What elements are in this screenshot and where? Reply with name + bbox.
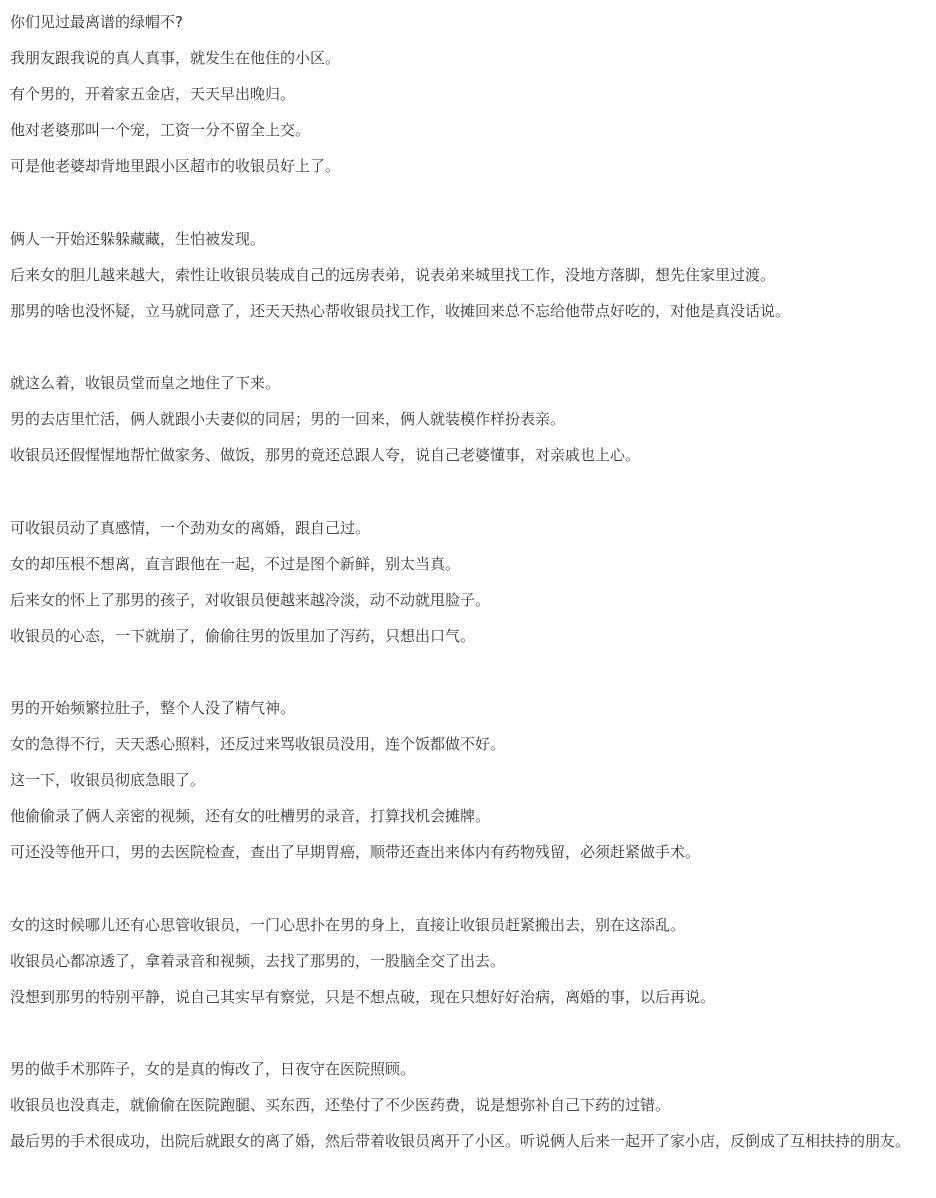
text-line: 收银员的心态，一下就崩了，偷偷往男的饭里加了泻药，只想出口气。 [10,618,926,654]
text-line: 男的开始频繁拉肚子，整个人没了精气神。 [10,690,926,726]
text-line: 后来女的怀上了那男的孩子，对收银员便越来越冷淡，动不动就甩脸子。 [10,582,926,618]
text-line: 男的做手术那阵子，女的是真的悔改了，日夜守在医院照顾。 [10,1051,926,1087]
text-line: 可收银员动了真感情，一个劲劝女的离婚，跟自己过。 [10,510,926,546]
text-line: 可还没等他开口，男的去医院检查，查出了早期胃癌，顺带还查出来体内有药物残留，必须… [10,834,926,870]
paragraph-spacer [10,329,926,366]
text-line: 他偷偷录了俩人亲密的视频，还有女的吐槽男的录音，打算找机会摊牌。 [10,798,926,834]
text-line: 有个男的，开着家五金店，天天早出晚归。 [10,76,926,112]
text-line: 收银员心都凉透了，拿着录音和视频，去找了那男的，一股脑全交了出去。 [10,943,926,979]
paragraph-spacer [10,1015,926,1052]
text-line: 收银员还假惺惺地帮忙做家务、做饭，那男的竟还总跟人夸，说自己老婆懂事，对亲戚也上… [10,437,926,473]
paragraph-3: 就这么着，收银员堂而皇之地住了下来。 男的去店里忙活，俩人就跟小夫妻似的同居；男… [10,365,926,473]
text-line: 后来女的胆儿越来越大，索性让收银员装成自己的远房表弟，说表弟来城里找工作，没地方… [10,257,926,293]
text-line: 男的去店里忙活，俩人就跟小夫妻似的同居；男的一回来，俩人就装模作样扮表亲。 [10,401,926,437]
paragraph-2: 俩人一开始还躲躲藏藏，生怕被发现。 后来女的胆儿越来越大，索性让收银员装成自己的… [10,221,926,329]
paragraph-spacer [10,184,926,221]
paragraph-5: 男的开始频繁拉肚子，整个人没了精气神。 女的急得不行，天天悉心照料，还反过来骂收… [10,690,926,870]
text-line: 女的这时候哪儿还有心思管收银员，一门心思扑在男的身上，直接让收银员赶紧搬出去，别… [10,907,926,943]
text-line: 没想到那男的特别平静，说自己其实早有察觉，只是不想点破，现在只想好好治病，离婚的… [10,979,926,1015]
paragraph-spacer [10,473,926,510]
text-line: 收银员也没真走，就偷偷在医院跑腿、买东西，还垫付了不少医药费，说是想弥补自己下药… [10,1087,926,1123]
text-line: 那男的啥也没怀疑，立马就同意了，还天天热心帮收银员找工作，收摊回来总不忘给他带点… [10,293,926,329]
paragraph-1: 你们见过最离谱的绿帽不? 我朋友跟我说的真人真事，就发生在他住的小区。 有个男的… [10,4,926,184]
paragraph-4: 可收银员动了真感情，一个劲劝女的离婚，跟自己过。 女的却压根不想离，直言跟他在一… [10,510,926,654]
text-line: 俩人一开始还躲躲藏藏，生怕被发现。 [10,221,926,257]
text-line: 女的急得不行，天天悉心照料，还反过来骂收银员没用，连个饭都做不好。 [10,726,926,762]
text-line: 就这么着，收银员堂而皇之地住了下来。 [10,365,926,401]
text-line: 他对老婆那叫一个宠，工资一分不留全上交。 [10,112,926,148]
article-body: 你们见过最离谱的绿帽不? 我朋友跟我说的真人真事，就发生在他住的小区。 有个男的… [0,0,926,1159]
paragraph-spacer [10,654,926,691]
text-line: 你们见过最离谱的绿帽不? [10,4,926,40]
text-line: 可是他老婆却背地里跟小区超市的收银员好上了。 [10,148,926,184]
text-line: 这一下，收银员彻底急眼了。 [10,762,926,798]
text-line: 我朋友跟我说的真人真事，就发生在他住的小区。 [10,40,926,76]
text-line: 最后男的手术很成功，出院后就跟女的离了婚，然后带着收银员离开了小区。听说俩人后来… [10,1123,926,1159]
paragraph-7: 男的做手术那阵子，女的是真的悔改了，日夜守在医院照顾。 收银员也没真走，就偷偷在… [10,1051,926,1159]
text-line: 女的却压根不想离，直言跟他在一起，不过是图个新鲜，别太当真。 [10,546,926,582]
paragraph-spacer [10,870,926,907]
paragraph-6: 女的这时候哪儿还有心思管收银员，一门心思扑在男的身上，直接让收银员赶紧搬出去，别… [10,907,926,1015]
